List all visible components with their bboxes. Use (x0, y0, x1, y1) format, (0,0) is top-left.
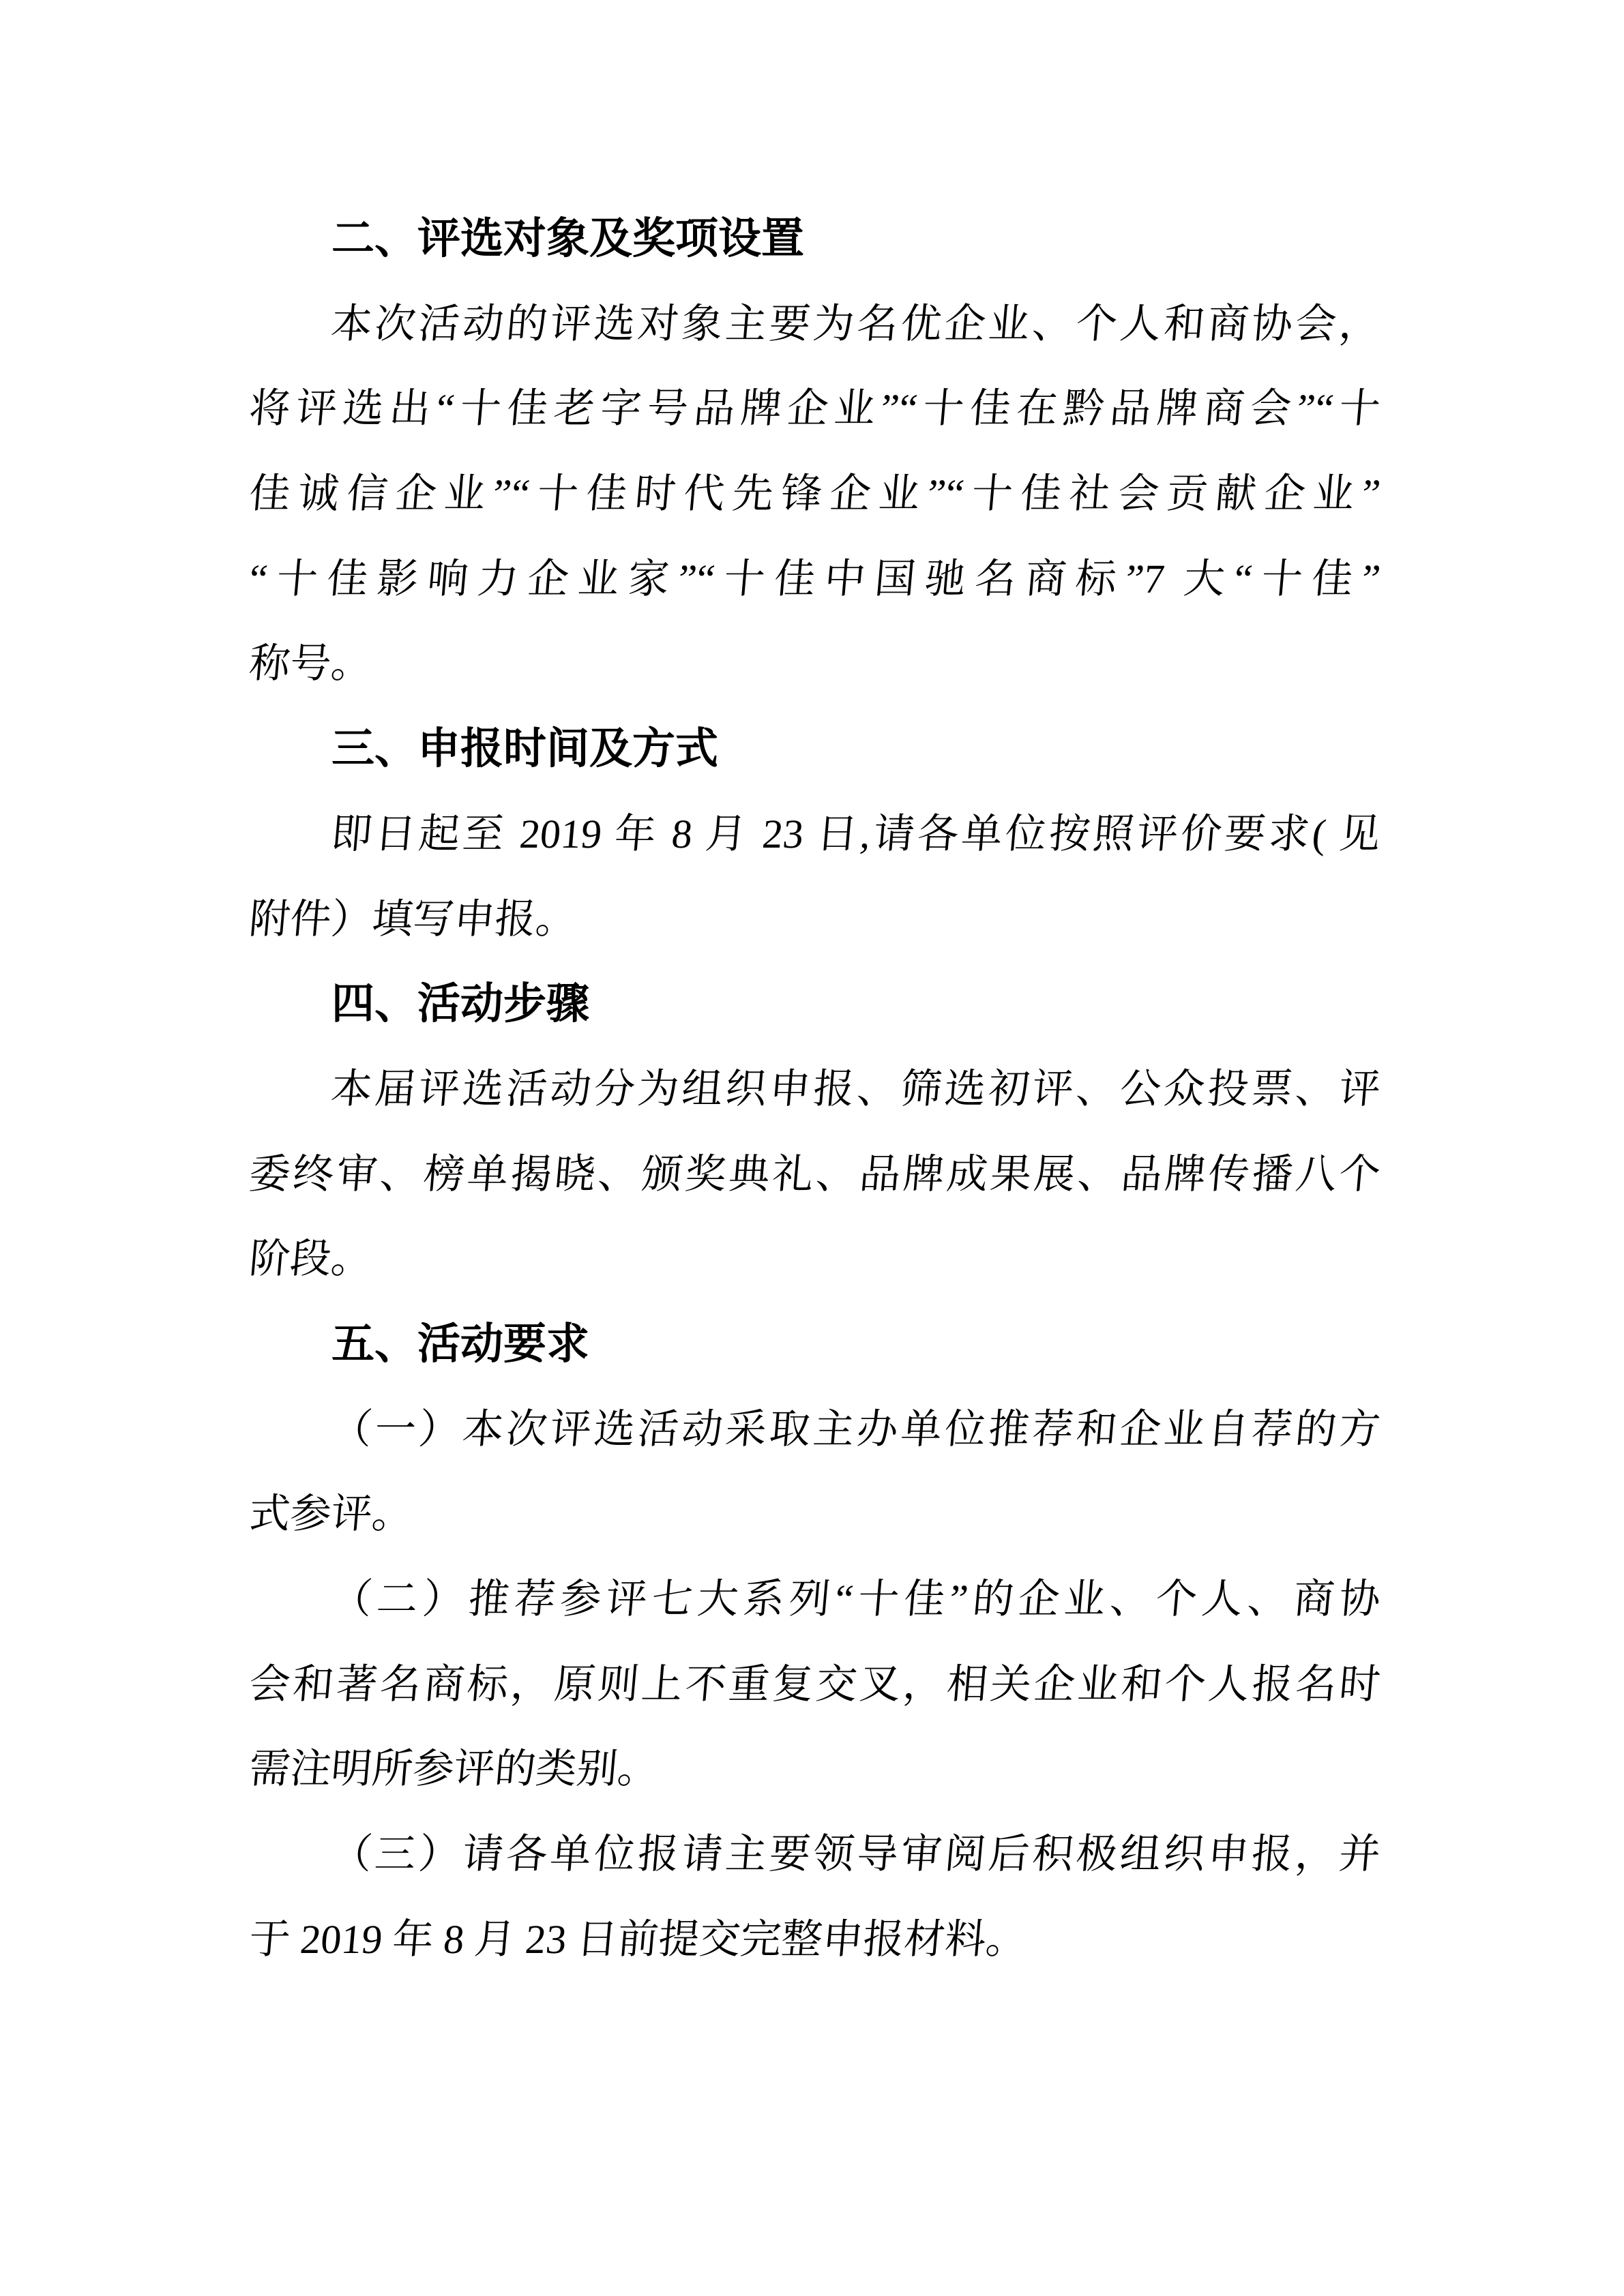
body-text-line: 需注明所参评的类别。 (246, 1727, 1384, 1812)
body-text-line: 本届评选活动分为组织申报、筛选初评、公众投票、评 (246, 1047, 1384, 1132)
body-text-line: 委终审、榜单揭晓、颁奖典礼、品牌成果展、品牌传播八个 (246, 1132, 1384, 1217)
body-text-line: 式参评。 (246, 1472, 1384, 1557)
body-text-line: “十佳影响力企业家”“十佳中国驰名商标”7 大“十佳” (246, 537, 1384, 622)
document-content: 二、评选对象及奖项设置本次活动的评选对象主要为名优企业、个人和商协会，将评选出“… (246, 196, 1376, 1982)
section-heading: 四、活动步骤 (246, 961, 1376, 1047)
body-text-line: （一）本次评选活动采取主办单位推荐和企业自荐的方 (246, 1387, 1384, 1472)
body-text-line: 即日起至 2019 年 8 月 23 日,请各单位按照评价要求( 见 (246, 792, 1384, 877)
body-text-line: 于 2019 年 8 月 23 日前提交完整申报材料。 (246, 1897, 1384, 1982)
body-text-line: 阶段。 (246, 1217, 1384, 1302)
body-text-line: 佳诚信企业”“十佳时代先锋企业”“十佳社会贡献企业” (246, 451, 1384, 537)
section-heading: 三、申报时间及方式 (246, 706, 1376, 792)
body-text-line: （二）推荐参评七大系列“十佳”的企业、个人、商协 (246, 1557, 1384, 1642)
section-heading: 二、评选对象及奖项设置 (246, 196, 1376, 282)
body-text-line: （三）请各单位报请主要领导审阅后积极组织申报，并 (246, 1812, 1384, 1897)
section-heading: 五、活动要求 (246, 1302, 1376, 1387)
body-text-line: 本次活动的评选对象主要为名优企业、个人和商协会， (246, 282, 1384, 367)
body-text-line: 称号。 (246, 621, 1384, 706)
body-text-line: 将评选出“十佳老字号品牌企业”“十佳在黔品牌商会”“十 (246, 366, 1384, 451)
document-page: 二、评选对象及奖项设置本次活动的评选对象主要为名优企业、个人和商协会，将评选出“… (0, 0, 1624, 2296)
body-text-line: 会和著名商标，原则上不重复交叉，相关企业和个人报名时 (246, 1642, 1384, 1727)
body-text-line: 附件）填写申报。 (246, 877, 1384, 962)
